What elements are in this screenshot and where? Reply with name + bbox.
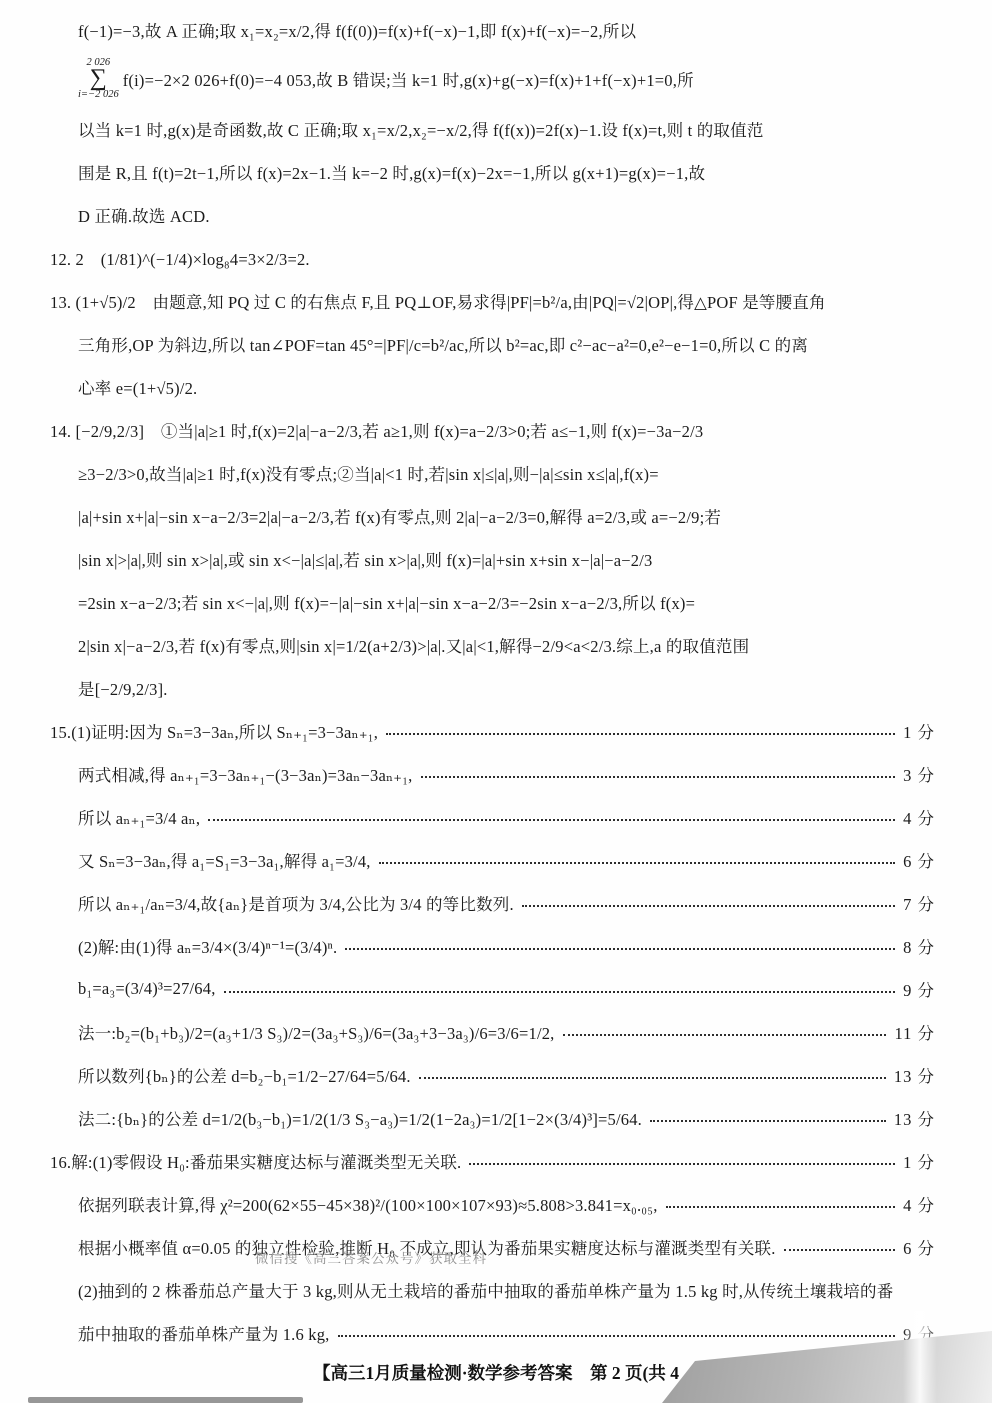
dotted-leader	[563, 1034, 887, 1036]
summation-symbol: 2 026 ∑ i=−2 026	[78, 58, 119, 101]
line-text: 依据列联表计算,得 χ²=200(62×55−45×38)²/(100×100×…	[78, 1192, 658, 1216]
solution-line: ≥3−2/3>0,故当|a|≥1 时,f(x)没有零点;②当|a|<1 时,若|…	[0, 451, 992, 494]
line-text: 14. [−2/9,2/3] ①当|a|≥1 时,f(x)=2|a|−a−2/3…	[50, 418, 703, 442]
dotted-leader	[224, 991, 896, 993]
line-text: b₁=a₃=(3/4)³=27/64,	[78, 979, 216, 999]
line-text: =2sin x−a−2/3;若 sin x<−|a|,则 f(x)=−|a|−s…	[78, 590, 695, 614]
solution-line: |a|+sin x+|a|−sin x−a−2/3=2|a|−a−2/3,若 f…	[0, 494, 992, 537]
summation-lower-limit: i=−2 026	[78, 90, 119, 101]
dotted-leader	[421, 776, 896, 778]
solution-line-summation: 2 026 ∑ i=−2 026 f(i)=−2×2 026+f(0)=−4 0…	[0, 51, 992, 107]
dotted-leader	[208, 819, 895, 821]
scored-line-q16: 16.解:(1)零假设 H₀:番茄果实糖度达标与灌溉类型无关联.1 分	[0, 1139, 992, 1182]
line-text: 16.解:(1)零假设 H₀:番茄果实糖度达标与灌溉类型无关联.	[50, 1149, 461, 1173]
solution-line: D 正确.故选 ACD.	[0, 193, 992, 236]
line-text: 两式相减,得 aₙ₊₁=3−3aₙ₊₁−(3−3aₙ)=3aₙ−3aₙ₊₁,	[78, 762, 413, 786]
wechat-watermark: 微信搜《高三答案公众号》获取全科	[255, 1247, 487, 1267]
line-text: 13. (1+√5)/2 由题意,知 PQ 过 C 的右焦点 F,且 PQ⊥OF…	[50, 289, 826, 313]
footer-text: 【高三1月质量检测·数学参考答案 第 2 页(共 4	[313, 1360, 679, 1385]
dotted-leader	[419, 1077, 886, 1079]
scored-line: 根据小概率值 α=0.05 的独立性检验,推断 H₀ 不成立,即认为番茄果实糖度…	[0, 1225, 992, 1268]
answer-line-q13: 13. (1+√5)/2 由题意,知 PQ 过 C 的右焦点 F,且 PQ⊥OF…	[0, 279, 992, 322]
page-curl-highlight	[903, 1311, 937, 1403]
line-text: 法二:{bₙ}的公差 d=1/2(b₃−b₁)=1/2(1/3 S₃−a₃)=1…	[78, 1106, 642, 1130]
score-mark: 11 分	[894, 1020, 935, 1044]
line-text: |sin x|>|a|,则 sin x>|a|,或 sin x<−|a|≤|a|…	[78, 547, 652, 571]
dotted-leader	[522, 905, 895, 907]
scored-line: 法一:b₂=(b₁+b₃)/2=(a₃+1/3 S₃)/2=(3a₃+S₃)/6…	[0, 1010, 992, 1053]
line-text: 三角形,OP 为斜边,所以 tan∠POF=tan 45°=|PF|/c=b²/…	[78, 332, 808, 356]
dotted-leader	[345, 948, 895, 950]
sigma-icon: ∑	[90, 68, 107, 90]
scored-line-q15: 15.(1)证明:因为 Sₙ=3−3aₙ,所以 Sₙ₊₁=3−3aₙ₊₁,1 分	[0, 709, 992, 752]
scanned-answer-page: { "page": { "watermark": "微信搜《高三答案公众号》获取…	[0, 0, 992, 1403]
dotted-leader	[379, 862, 896, 864]
score-mark: 7 分	[903, 891, 935, 915]
dotted-leader	[650, 1120, 886, 1122]
line-text: 围是 R,且 f(t)=2t−1,所以 f(x)=2x−1.当 k=−2 时,g…	[78, 160, 705, 184]
dotted-leader	[666, 1206, 896, 1208]
dotted-leader	[784, 1249, 896, 1251]
solution-line: 心率 e=(1+√5)/2.	[0, 365, 992, 408]
scored-line: b₁=a₃=(3/4)³=27/64,9 分	[0, 967, 992, 1010]
scored-line: 依据列联表计算,得 χ²=200(62×55−45×38)²/(100×100×…	[0, 1182, 992, 1225]
answer-line-q12: 12. 2 (1/81)^(−1/4)×log₈4=3×2/3=2.	[0, 236, 992, 279]
page-background: f(−1)=−3,故 A 正确;取 x₁=x₂=x/2,得 f(f(0))=f(…	[0, 0, 992, 1403]
score-mark: 9 分	[903, 977, 935, 1001]
line-text: D 正确.故选 ACD.	[78, 203, 210, 227]
line-text: 法一:b₂=(b₁+b₃)/2=(a₃+1/3 S₃)/2=(3a₃+S₃)/6…	[78, 1020, 555, 1044]
line-text: 以当 k=1 时,g(x)是奇函数,故 C 正确;取 x₁=x/2,x₂=−x/…	[78, 117, 764, 141]
scan-edge-artifact	[28, 1397, 303, 1403]
line-text: |a|+sin x+|a|−sin x−a−2/3=2|a|−a−2/3,若 f…	[78, 504, 721, 528]
solution-line: 2|sin x|−a−2/3,若 f(x)有零点,则|sin x|=1/2(a+…	[0, 623, 992, 666]
line-text: 是[−2/9,2/3].	[78, 676, 168, 700]
line-text: ≥3−2/3>0,故当|a|≥1 时,f(x)没有零点;②当|a|<1 时,若|…	[78, 461, 659, 485]
line-text: f(−1)=−3,故 A 正确;取 x₁=x₂=x/2,得 f(f(0))=f(…	[78, 18, 636, 42]
score-mark: 13 分	[894, 1063, 935, 1087]
solution-line: (2)抽到的 2 株番茄总产量大于 3 kg,则从无土栽培的番茄中抽取的番茄单株…	[0, 1268, 992, 1311]
line-text: 所以 aₙ₊₁=3/4 aₙ,	[78, 805, 200, 829]
score-mark: 4 分	[903, 1192, 935, 1216]
solution-line: 是[−2/9,2/3].	[0, 666, 992, 709]
score-mark: 4 分	[903, 805, 935, 829]
dotted-leader	[469, 1163, 895, 1165]
scored-line: 所以 aₙ₊₁=3/4 aₙ,4 分	[0, 795, 992, 838]
score-mark: 6 分	[903, 848, 935, 872]
line-text: f(i)=−2×2 026+f(0)=−4 053,故 B 错误;当 k=1 时…	[123, 67, 694, 91]
solution-line: f(−1)=−3,故 A 正确;取 x₁=x₂=x/2,得 f(f(0))=f(…	[0, 8, 992, 51]
line-text: 所以 aₙ₊₁/aₙ=3/4,故{aₙ}是首项为 3/4,公比为 3/4 的等比…	[78, 891, 514, 915]
solution-line: =2sin x−a−2/3;若 sin x<−|a|,则 f(x)=−|a|−s…	[0, 580, 992, 623]
score-mark: 6 分	[903, 1235, 935, 1259]
line-text: 15.(1)证明:因为 Sₙ=3−3aₙ,所以 Sₙ₊₁=3−3aₙ₊₁,	[50, 719, 378, 743]
score-mark: 3 分	[903, 762, 935, 786]
line-text: 所以数列{bₙ}的公差 d=b₂−b₁=1/2−27/64=5/64.	[78, 1063, 411, 1087]
score-mark: 1 分	[903, 719, 935, 743]
solution-content: f(−1)=−3,故 A 正确;取 x₁=x₂=x/2,得 f(f(0))=f(…	[0, 8, 992, 1354]
line-text: (2)解:由(1)得 aₙ=3/4×(3/4)ⁿ⁻¹=(3/4)ⁿ.	[78, 934, 337, 958]
scored-line: 所以 aₙ₊₁/aₙ=3/4,故{aₙ}是首项为 3/4,公比为 3/4 的等比…	[0, 881, 992, 924]
dotted-leader	[386, 733, 895, 735]
solution-line: 以当 k=1 时,g(x)是奇函数,故 C 正确;取 x₁=x/2,x₂=−x/…	[0, 107, 992, 150]
answer-line-q14: 14. [−2/9,2/3] ①当|a|≥1 时,f(x)=2|a|−a−2/3…	[0, 408, 992, 451]
scored-line: 又 Sₙ=3−3aₙ,得 a₁=S₁=3−3a₁,解得 a₁=3/4,6 分	[0, 838, 992, 881]
score-mark: 8 分	[903, 934, 935, 958]
scored-line: 法二:{bₙ}的公差 d=1/2(b₃−b₁)=1/2(1/3 S₃−a₃)=1…	[0, 1096, 992, 1139]
scored-line: 所以数列{bₙ}的公差 d=b₂−b₁=1/2−27/64=5/64.13 分	[0, 1053, 992, 1096]
scored-line: (2)解:由(1)得 aₙ=3/4×(3/4)ⁿ⁻¹=(3/4)ⁿ.8 分	[0, 924, 992, 967]
solution-line: 三角形,OP 为斜边,所以 tan∠POF=tan 45°=|PF|/c=b²/…	[0, 322, 992, 365]
line-text: 心率 e=(1+√5)/2.	[78, 375, 197, 399]
line-text: 2|sin x|−a−2/3,若 f(x)有零点,则|sin x|=1/2(a+…	[78, 633, 749, 657]
solution-line: 围是 R,且 f(t)=2t−1,所以 f(x)=2x−1.当 k=−2 时,g…	[0, 150, 992, 193]
line-text: 12. 2 (1/81)^(−1/4)×log₈4=3×2/3=2.	[50, 246, 310, 270]
scored-line: 两式相减,得 aₙ₊₁=3−3aₙ₊₁−(3−3aₙ)=3aₙ−3aₙ₊₁,3 …	[0, 752, 992, 795]
line-text: 又 Sₙ=3−3aₙ,得 a₁=S₁=3−3a₁,解得 a₁=3/4,	[78, 848, 371, 872]
line-text: (2)抽到的 2 株番茄总产量大于 3 kg,则从无土栽培的番茄中抽取的番茄单株…	[78, 1278, 893, 1302]
score-mark: 13 分	[894, 1106, 935, 1130]
dotted-leader	[338, 1335, 896, 1337]
line-text: 茄中抽取的番茄单株产量为 1.6 kg,	[78, 1321, 330, 1345]
score-mark: 1 分	[903, 1149, 935, 1173]
solution-line: |sin x|>|a|,则 sin x>|a|,或 sin x<−|a|≤|a|…	[0, 537, 992, 580]
